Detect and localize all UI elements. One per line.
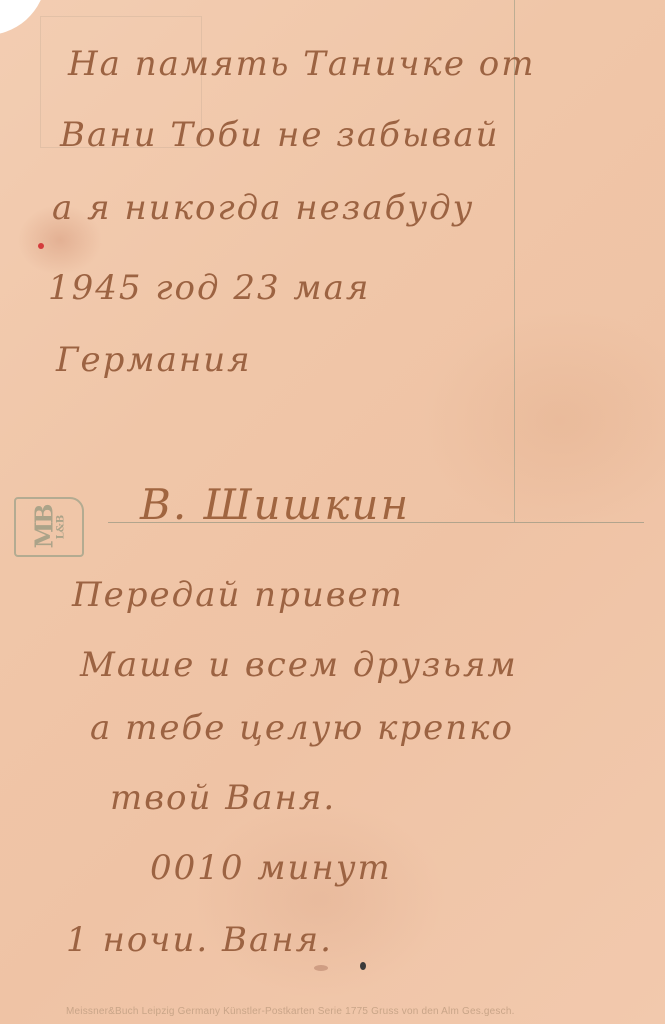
stain [314,965,328,971]
handwriting-line-3: а я никогда незабуду [52,188,474,228]
handwriting-line-5: Германия [56,340,252,380]
handwriting-line-11: 1 ночи. Ваня. [66,920,333,960]
handwriting-line-7: Маше и всем друзьям [80,645,518,685]
red-ink-spot [38,243,44,249]
handwriting-line-10: 0010 минут [150,848,392,888]
publisher-imprint: Meissner&Buch Leipzig Germany Künstler-P… [66,1006,586,1017]
logo-sub-text: L&B [56,515,66,540]
handwriting-line-8: а тебе целую крепко [90,708,514,748]
handwriting-line-6: Передай привет [72,575,404,615]
postcard-back: MB L&B На память Таничке от Вани Тоби не… [0,0,665,1024]
signature: В. Шишкин [140,480,410,529]
handwriting-line-9: твой Ваня. [110,778,336,818]
dark-spot [360,962,366,970]
handwriting-line-4: 1945 год 23 мая [48,268,370,308]
publisher-logo-icon: MB L&B [14,497,84,557]
handwriting-line-1: На память Таничке от [68,44,536,84]
logo-main-text: MB [32,506,56,549]
handwriting-line-2: Вани Тоби не забывай [60,115,500,155]
